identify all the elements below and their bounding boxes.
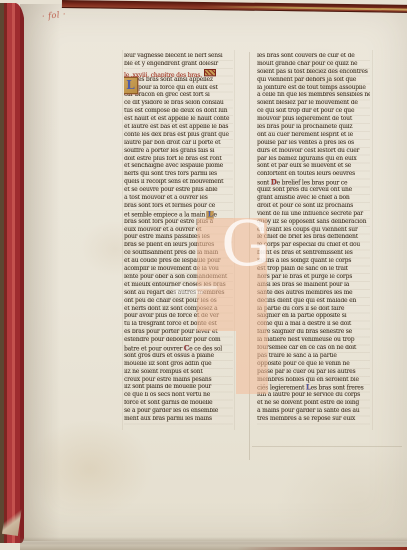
text-line: conte les dex bras est plus grant que [124, 132, 233, 140]
gutter-shadow [20, 4, 60, 541]
text-line: ment aux bras parmi les mains [124, 416, 233, 424]
crease-line-horizontal [252, 446, 402, 447]
ruling-line-vertical [372, 50, 373, 430]
text-line: tres membres a se repose sur eulx [257, 416, 370, 424]
text-column-right: les bras sont couvers de cuir et demoult… [257, 53, 370, 427]
text-line: batre et pour ouvrer Ce ce des sol [124, 345, 233, 353]
text-line: ble et y engendrent grant dolesir [124, 61, 233, 69]
text-line: et semble empiece a la main Le [124, 211, 233, 219]
text-line: soient pas si tost bleciez des encontres [257, 69, 370, 77]
text-line: durs et mouvoir cest lestort du cuer [257, 148, 370, 156]
text-line: decins dient que qui est malade en [257, 298, 370, 306]
text-line: hors par le bras et purge le corps [257, 274, 370, 282]
inline-initial: C [184, 345, 189, 353]
text-line: ont peu de chair cest pour les os [124, 298, 233, 306]
text-line: sont au regart des autres membres [124, 290, 233, 298]
text-line: mouelle ilz sont gros adfin que [124, 361, 233, 369]
text-line: lenté pour ober a son comandement [124, 274, 233, 282]
inline-initial: L [207, 211, 214, 219]
text-line: quoy ilz se opposent sans deliberacion [257, 219, 370, 227]
text-line: droit et pour ce sont ilz prochains [257, 203, 370, 211]
text-line: vient de lui une influence secrete par [257, 211, 370, 219]
manuscript-photo: · fol · L leur vagnesse blecent le nerf … [0, 0, 407, 550]
text-line: moult grande char pour ce quilz ne [257, 61, 370, 69]
text-line: foursemée car en ce cas on ne doit [257, 345, 370, 353]
text-line: bras sont fors pour estre plus a [124, 219, 233, 227]
text-line: santé des autres membres les me [257, 290, 370, 298]
text-line: pas traire le sanc a la partie [257, 353, 370, 361]
text-line: poulse par les ventes a pres les os [257, 140, 370, 148]
line-filler-ornament [204, 69, 216, 76]
crease-line-vertical [249, 52, 250, 460]
text-line: ainsi les bras se mainent pour la [257, 282, 370, 290]
text-line: sont gros durs et ossus a plaine [124, 353, 233, 361]
text-line: es bras sont ainsi appellez [124, 77, 233, 85]
text-line: ont au cuer fierement lesprit et le [257, 132, 370, 140]
text-line: bras sont fors et fermes pour ce [124, 203, 233, 211]
ruling-line-vertical [122, 50, 123, 430]
ruling-line-vertical [234, 50, 235, 430]
text-column-left: L leur vagnesse blecent le nerf sensible… [124, 53, 233, 427]
text-line: lautre par bon droit car il porte et [124, 140, 233, 148]
text-line: et mieulx entourner choses les bras [124, 282, 233, 290]
text-line: souffre a porter les grans fais si [124, 148, 233, 156]
text-line: passe par le cuer ou par les autres [257, 369, 370, 377]
spine-leather [0, 3, 25, 543]
text-line: opposite pour ce que le venin ne [257, 361, 370, 369]
text-line: le .xxviij. chapitre des bras. [124, 69, 233, 77]
drop-cap-initial: L [124, 77, 138, 94]
text-line: ilz ne soient rompus et sont [124, 369, 233, 377]
text-line: qui viennent par dehors ja soit que [257, 77, 370, 85]
